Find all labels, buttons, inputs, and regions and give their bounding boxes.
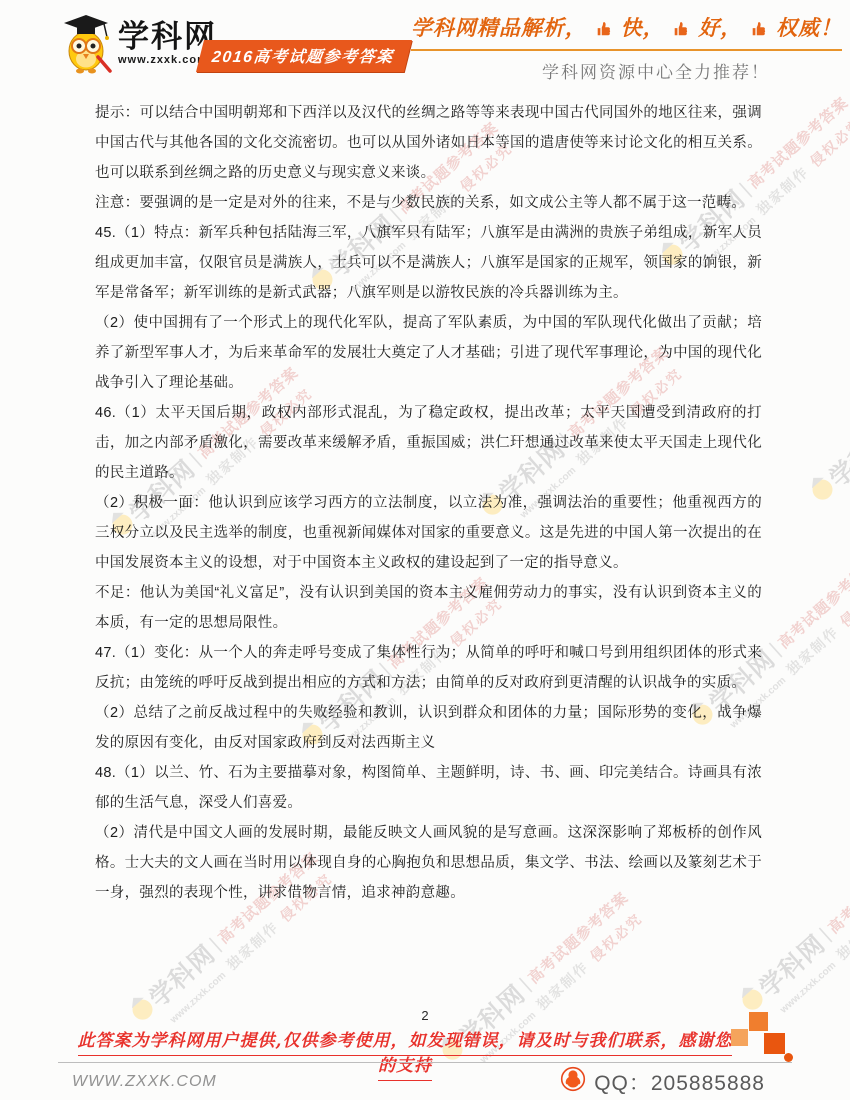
decor-square-dark bbox=[764, 1033, 785, 1054]
answer-content: 提示：可以结合中国明朝郑和下西洋以及汉代的丝绸之路等等来表现中国古代同国外的地区… bbox=[0, 0, 850, 908]
answer-48-1: 48.（1）以兰、竹、石为主要描摹对象，构图简单、主题鲜明，诗、书、画、印完美结… bbox=[95, 758, 762, 818]
header: 学科网 www.zxxk.com 2016高考试题参考答案 学科网精品解析， 快… bbox=[0, 0, 850, 92]
document-page: 学科网 www.zxxk.com 2016高考试题参考答案 学科网精品解析， 快… bbox=[0, 0, 850, 1100]
slogan-fast: 快， bbox=[621, 17, 665, 40]
paragraph-hint: 提示：可以结合中国明朝郑和下西洋以及汉代的丝绸之路等等来表现中国古代同国外的地区… bbox=[95, 98, 762, 188]
footer-site-url: WWW.ZXXK.COM bbox=[72, 1073, 217, 1091]
answer-47-1: 47.（1）变化：从一个人的奔走呼号变成了集体性行为；从简单的呼吁和喊口号到用组… bbox=[95, 638, 762, 698]
decor-square-light bbox=[731, 1029, 748, 1046]
qq-number: QQ：205885888 bbox=[594, 1067, 765, 1097]
footer-bottom-row: WWW.ZXXK.COM QQ：205885888 bbox=[72, 1066, 765, 1097]
slogan-lead: 学科网精品解析， bbox=[411, 17, 587, 40]
answer-48-2: （2）清代是中国文人画的发展时期，最能反映文人画风貌的是写意画。这深深影响了郑板… bbox=[95, 818, 762, 908]
qq-contact: QQ：205885888 bbox=[560, 1066, 765, 1097]
decor-square-mid bbox=[749, 1012, 768, 1031]
thumbs-up-icon bbox=[595, 20, 613, 44]
slogan-authority: 权威！ bbox=[776, 17, 842, 40]
exam-answer-banner: 2016高考试题参考答案 bbox=[196, 40, 412, 72]
site-logo: 学科网 www.zxxk.com bbox=[60, 12, 217, 81]
owl-mascot-icon bbox=[60, 12, 114, 81]
answer-46-1: 46.（1）太平天国后期，政权内部形式混乱，为了稳定政权，提出改革；太平天国遭受… bbox=[95, 398, 762, 488]
answer-45-2: （2）使中国拥有了一个形式上的现代化军队，提高了军队素质，为中国的军队现代化做出… bbox=[95, 308, 762, 398]
thumbs-up-icon bbox=[750, 20, 768, 44]
decor-dot bbox=[784, 1053, 793, 1062]
thumbs-up-icon bbox=[672, 20, 690, 44]
slogan-subtitle: 学科网资源中心全力推荐！ bbox=[411, 58, 842, 83]
footer-divider bbox=[58, 1062, 792, 1063]
answer-45-1: 45.（1）特点：新军兵种包括陆海三军，八旗军只有陆军；八旗军是由满洲的贵族子弟… bbox=[95, 218, 762, 308]
header-right: 学科网精品解析， 快， 好， 权威！ 学科网资源中心全力推荐！ bbox=[411, 12, 842, 83]
answer-47-2: （2）总结了之前反战过程中的失败经验和教训，认识到群众和团体的力量；国际形势的变… bbox=[95, 698, 762, 758]
answer-46-2-cont: 不足：他认为美国“礼义富足”，没有认识到美国的资本主义雇佣劳动力的事实，没有认识… bbox=[95, 578, 762, 638]
qq-penguin-icon bbox=[560, 1066, 586, 1097]
paragraph-note: 注意：要强调的是一定是对外的往来，不是与少数民族的关系，如文成公主等人都不属于这… bbox=[95, 188, 762, 218]
answer-46-2: （2）积极一面：他认识到应该学习西方的立法制度，以立法为准，强调法治的重要性；他… bbox=[95, 488, 762, 578]
page-number: 2 bbox=[0, 1008, 850, 1023]
slogan: 学科网精品解析， 快， 好， 权威！ bbox=[411, 12, 842, 51]
footer: 2 此答案为学科网用户提供,仅供参考使用，如发现错误，请及时与我们联系，感谢您的… bbox=[0, 1000, 850, 1100]
slogan-good: 好， bbox=[698, 17, 742, 40]
